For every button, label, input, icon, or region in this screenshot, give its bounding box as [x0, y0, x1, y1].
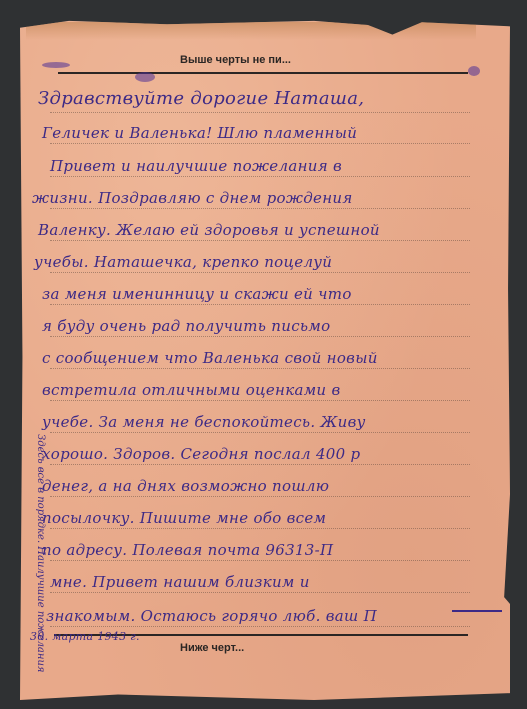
ink-blot — [42, 62, 70, 68]
signature-stroke — [452, 610, 502, 612]
letter-line: учебы. Наташечка, крепко поцелуй — [34, 253, 332, 271]
ink-blot — [468, 66, 480, 76]
writing-guide-line — [50, 560, 470, 561]
letter-line: за меня именинницу и скажи ей что — [42, 285, 352, 303]
writing-guide-line — [50, 626, 470, 627]
writing-guide-line — [50, 432, 470, 433]
header-printed-label: Выше черты не пи... — [180, 54, 291, 66]
letter-line: встретила отличными оценками в — [42, 381, 341, 399]
header-rule — [58, 72, 468, 74]
writing-guide-line — [50, 464, 470, 465]
writing-guide-line — [50, 304, 470, 305]
footer-printed-label: Ниже черт... — [180, 642, 244, 654]
writing-guide-line — [50, 240, 470, 241]
ink-blot — [135, 72, 155, 82]
letter-line: жизни. Поздравляю с днем рождения — [32, 189, 353, 207]
writing-guide-line — [50, 143, 470, 144]
letter-line: мне. Привет нашим близким и — [50, 573, 310, 591]
letter-line: с сообщением что Валенька свой новый — [42, 349, 378, 367]
writing-guide-line — [50, 176, 470, 177]
letter-line: посылочку. Пишите мне обо всем — [42, 509, 326, 527]
paper-stain — [26, 22, 476, 40]
margin-note: Здесь все в порядке. Наилучшие пожелания — [35, 434, 46, 673]
letter-line: по адресу. Полевая почта 96313-П — [42, 541, 333, 559]
writing-guide-line — [50, 368, 470, 369]
letter-date: 30. марта 1943 г. — [30, 630, 140, 643]
writing-guide-line — [50, 336, 470, 337]
writing-guide-line — [50, 496, 470, 497]
letter-line: Валенку. Желаю ей здоровья и успешной — [38, 221, 380, 239]
letter-line: Привет и наилучшие пожелания в — [50, 157, 342, 175]
letter-line: я буду очень рад получить письмо — [42, 317, 330, 335]
letter-line: учебе. За меня не беспокойтесь. Живу — [42, 413, 366, 431]
writing-guide-line — [50, 528, 470, 529]
letter-paper: Выше черты не пи... Здравствуйте дорогие… — [20, 14, 510, 700]
writing-guide-line — [50, 208, 470, 209]
writing-guide-line — [50, 592, 470, 593]
writing-guide-line — [50, 112, 470, 113]
letter-line: денег, а на днях возможно пошлю — [42, 477, 329, 495]
letter-line: Здравствуйте дорогие Наташа, — [38, 88, 364, 109]
letter-line: знакомым. Остаюсь горячо люб. ваш П — [46, 607, 377, 625]
writing-guide-line — [50, 400, 470, 401]
writing-guide-line — [50, 272, 470, 273]
letter-line: хорошо. Здоров. Сегодня послал 400 р — [42, 445, 360, 463]
letter-line: Геличек и Валенька! Шлю пламенный — [42, 124, 357, 142]
